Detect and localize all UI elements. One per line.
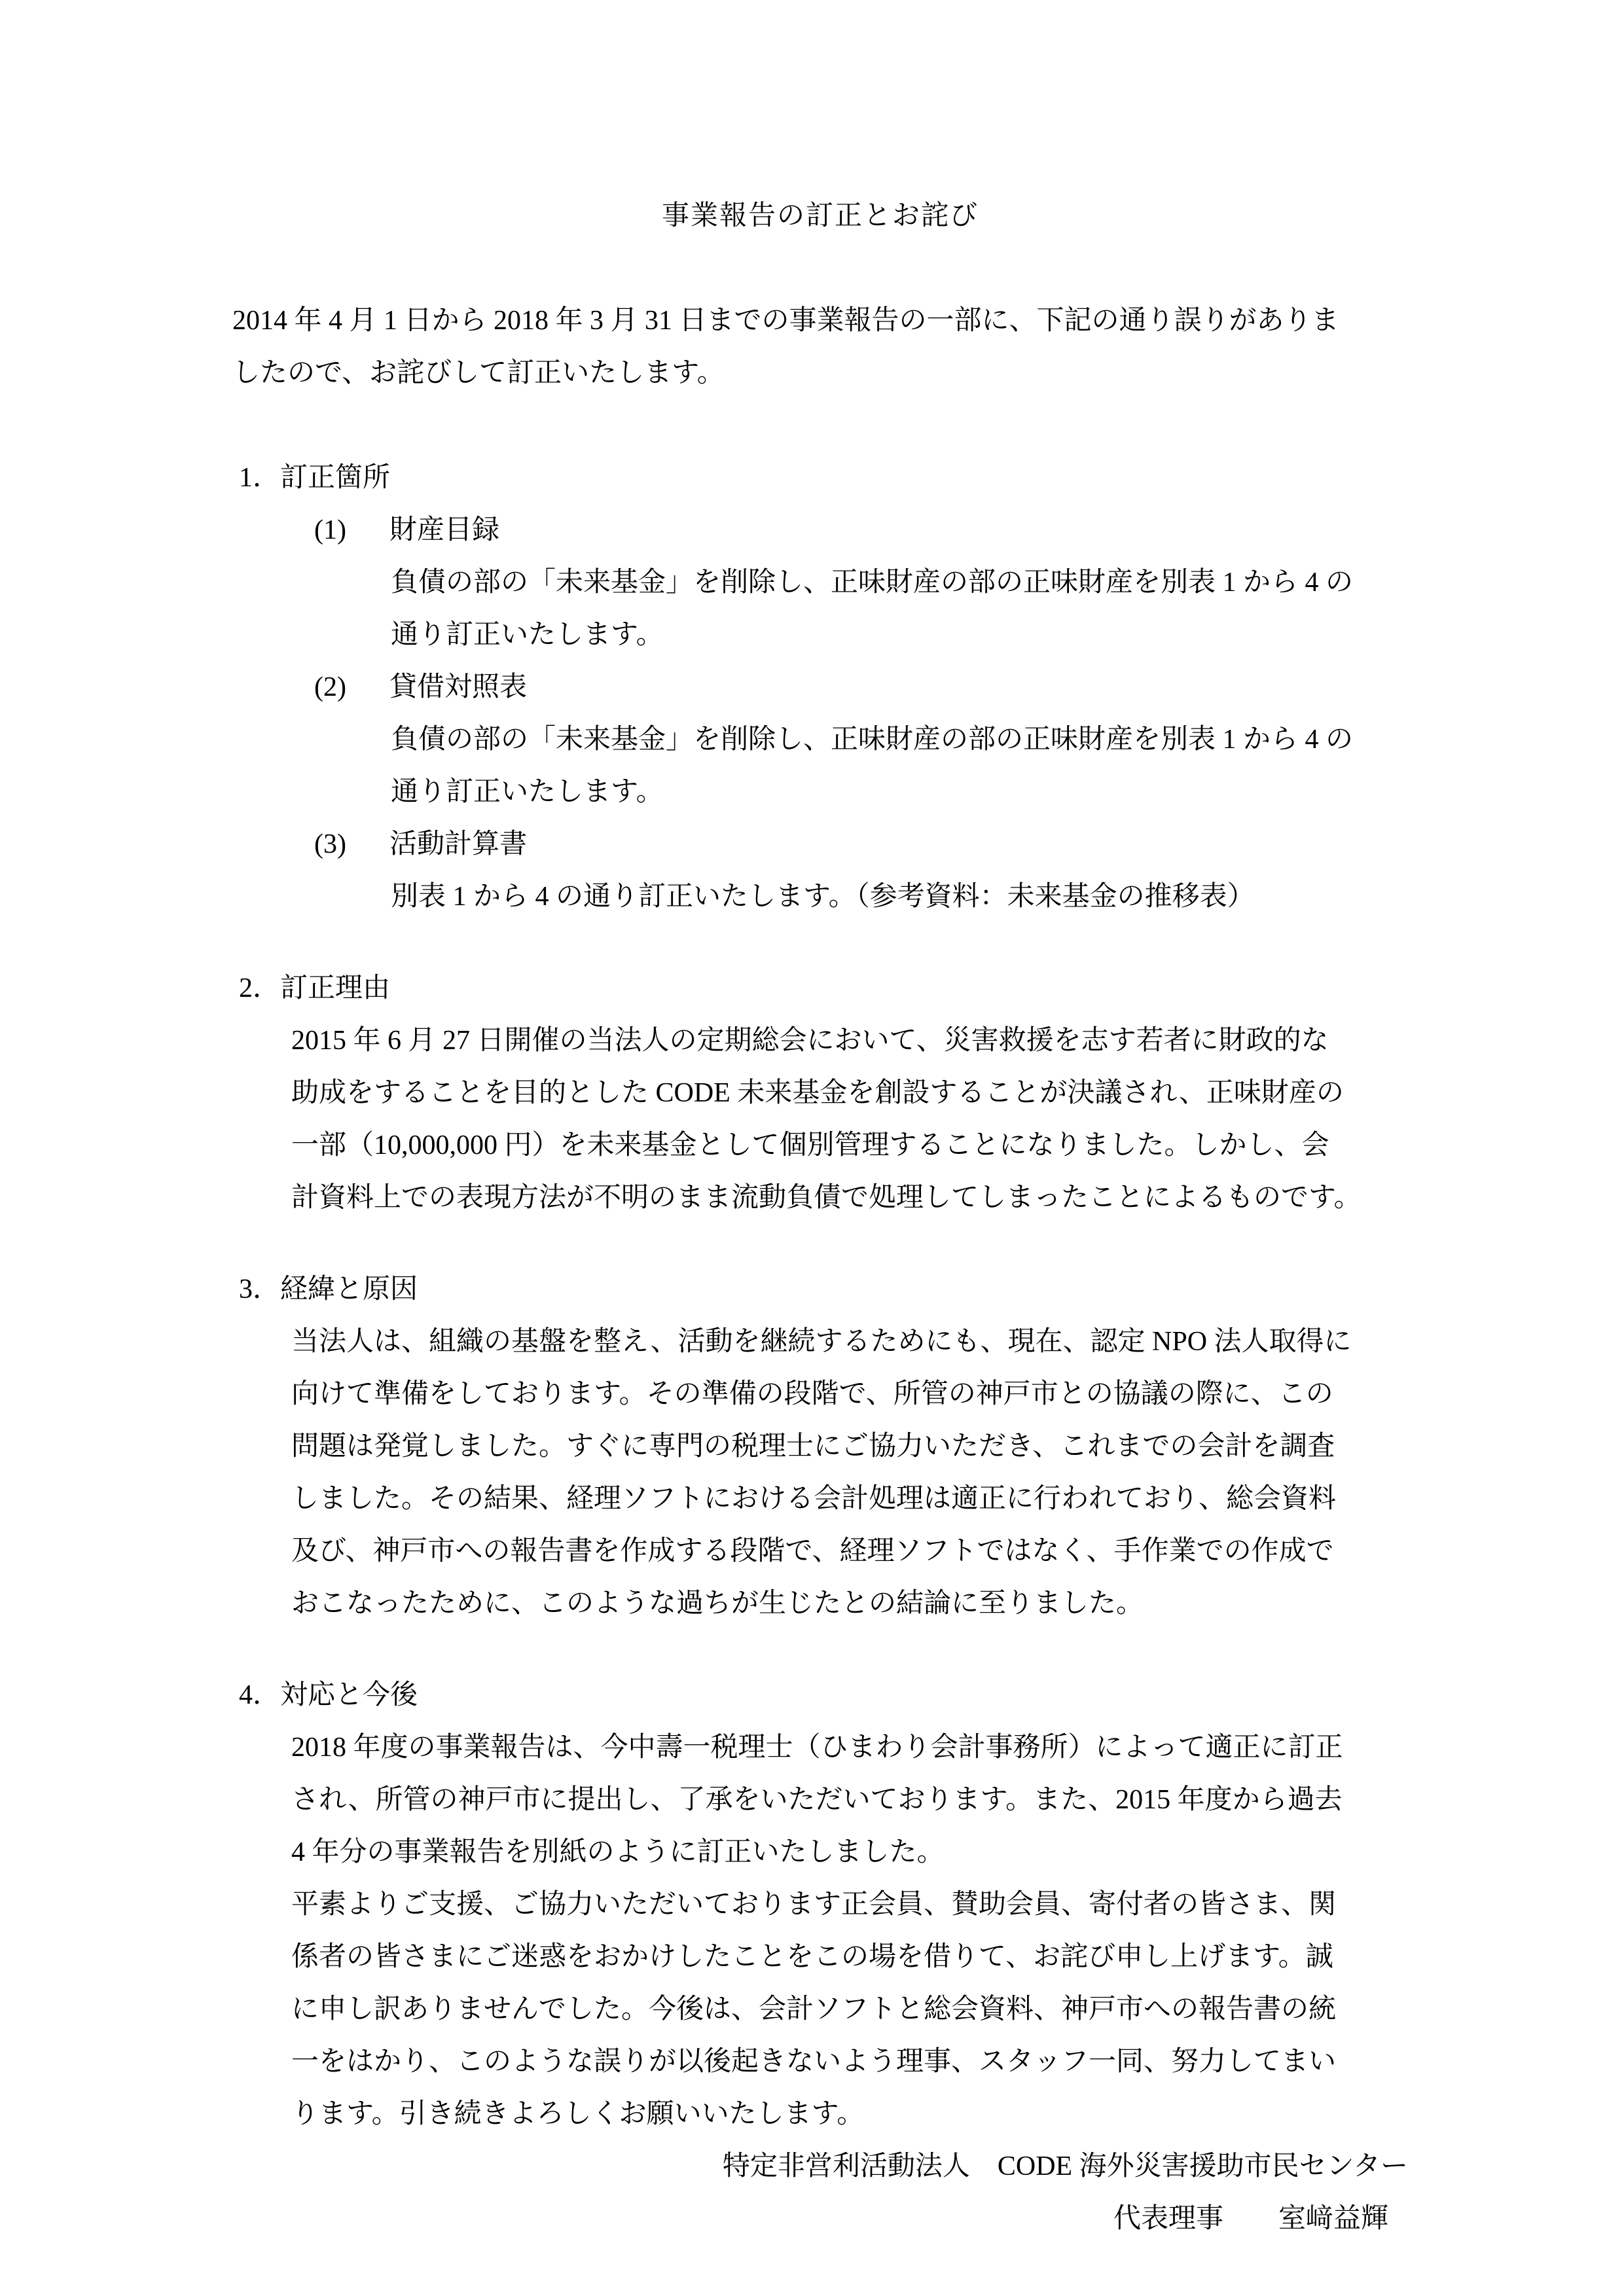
item-2-number: (2) xyxy=(314,661,389,713)
item-1-desc-line-1: 負債の部の「未来基金」を削除し、正味財産の部の正味財産を別表 1 から 4 の xyxy=(232,556,1408,609)
item-3-number: (3) xyxy=(314,818,389,870)
section-4-body-line-7: 一をはかり、このような誤りが以後起きないよう理事、スタッフ一同、努力してまい xyxy=(232,2036,1408,2088)
section-4-body-line-8: ります。引き続きよろしくお願いいたします。 xyxy=(232,2088,1408,2140)
item-1-row: (1)財産目録 xyxy=(232,504,1408,556)
section-4-heading: 4．対応と今後 xyxy=(232,1669,1408,1721)
item-2-row: (2)貸借対照表 xyxy=(232,661,1408,713)
item-2-desc-line-2: 通り訂正いたします。 xyxy=(232,766,1408,818)
item-3-label: 活動計算書 xyxy=(389,829,527,859)
section-4-body-line-3: 4 年分の事業報告を別紙のように訂正いたしました。 xyxy=(232,1826,1408,1878)
blank-line xyxy=(232,1224,1408,1263)
blank-line xyxy=(232,399,1408,452)
section-3-body-line-1: 当法人は、組織の基盤を整え、活動を継続するためにも、現在、認定 NPO 法人取得… xyxy=(232,1316,1408,1368)
page-title: 事業報告の訂正とお詫び xyxy=(232,190,1408,242)
document-page-background: { "doc": { "title": "事業報告の訂正とお詫び", "intr… xyxy=(0,0,1624,2296)
section-4-body-line-1: 2018 年度の事業報告は、今中壽一税理士（ひまわり会計事務所）によって適正に訂… xyxy=(232,1721,1408,1774)
section-3-body-line-3: 問題は発覚しました。すぐに専門の税理士にご協力いただき、これまでの会計を調査 xyxy=(232,1420,1408,1473)
blank-line xyxy=(232,1630,1408,1669)
section-2-body-line-1: 2015 年 6 月 27 日開催の当法人の定期総会において、災害救援を志す若者… xyxy=(232,1014,1408,1067)
blank-line xyxy=(232,923,1408,962)
document-page: 事業報告の訂正とお詫び 2014 年 4 月 1 日から 2018 年 3 月 … xyxy=(0,0,1624,2296)
section-2-body-line-2: 助成をすることを目的とした CODE 未来基金を創設することが決議され、正味財産… xyxy=(232,1067,1408,1119)
signature-organization: 特定非営利活動法人 CODE 海外災害援助市民センター xyxy=(232,2140,1408,2193)
item-1-label: 財産目録 xyxy=(389,515,499,545)
signature-representative: 代表理事 室﨑益輝 xyxy=(232,2193,1408,2245)
item-1-number: (1) xyxy=(314,504,389,556)
blank-line xyxy=(232,242,1408,295)
section-3-body-line-6: おこなったために、このような過ちが生じたとの結論に至りました。 xyxy=(232,1577,1408,1630)
item-2-label: 貸借対照表 xyxy=(389,672,527,702)
section-1-heading: 1．訂正箇所 xyxy=(232,452,1408,504)
section-4-body-line-2: され、所管の神戸市に提出し、了承をいただいております。また、2015 年度から過… xyxy=(232,1774,1408,1826)
section-3-body-line-2: 向けて準備をしております。その準備の段階で、所管の神戸市との協議の際に、この xyxy=(232,1368,1408,1420)
section-3-body-line-4: しました。その結果、経理ソフトにおける会計処理は適正に行われており、総会資料 xyxy=(232,1473,1408,1525)
item-3-row: (3)活動計算書 xyxy=(232,818,1408,870)
item-1-desc-line-2: 通り訂正いたします。 xyxy=(232,609,1408,661)
section-4-body-line-5: 係者の皆さまにご迷惑をおかけしたことをこの場を借りて、お詫び申し上げます。誠 xyxy=(232,1931,1408,1983)
item-2-desc-line-1: 負債の部の「未来基金」を削除し、正味財産の部の正味財産を別表 1 から 4 の xyxy=(232,713,1408,766)
section-4-body-line-4: 平素よりご支援、ご協力いただいております正会員、賛助会員、寄付者の皆さま、関 xyxy=(232,1878,1408,1931)
section-3-heading: 3．経緯と原因 xyxy=(232,1263,1408,1316)
section-2-heading: 2．訂正理由 xyxy=(232,962,1408,1014)
section-3-body-line-5: 及び、神戸市への報告書を作成する段階で、経理ソフトではなく、手作業での作成で xyxy=(232,1525,1408,1577)
intro-line-1: 2014 年 4 月 1 日から 2018 年 3 月 31 日までの事業報告の… xyxy=(232,295,1408,347)
intro-line-2: したので、お詫びして訂正いたします。 xyxy=(232,347,1408,399)
section-2-body-line-3: 一部（10,000,000 円）を未来基金として個別管理することになりました。し… xyxy=(232,1119,1408,1172)
section-4-body-line-6: に申し訳ありませんでした。今後は、会計ソフトと総会資料、神戸市への報告書の統 xyxy=(232,1983,1408,2036)
item-3-desc-line-1: 別表 1 から 4 の通り訂正いたします。（参考資料：未来基金の推移表） xyxy=(232,870,1408,923)
section-2-body-line-4: 計資料上での表現方法が不明のまま流動負債で処理してしまったことによるものです。 xyxy=(232,1172,1408,1224)
